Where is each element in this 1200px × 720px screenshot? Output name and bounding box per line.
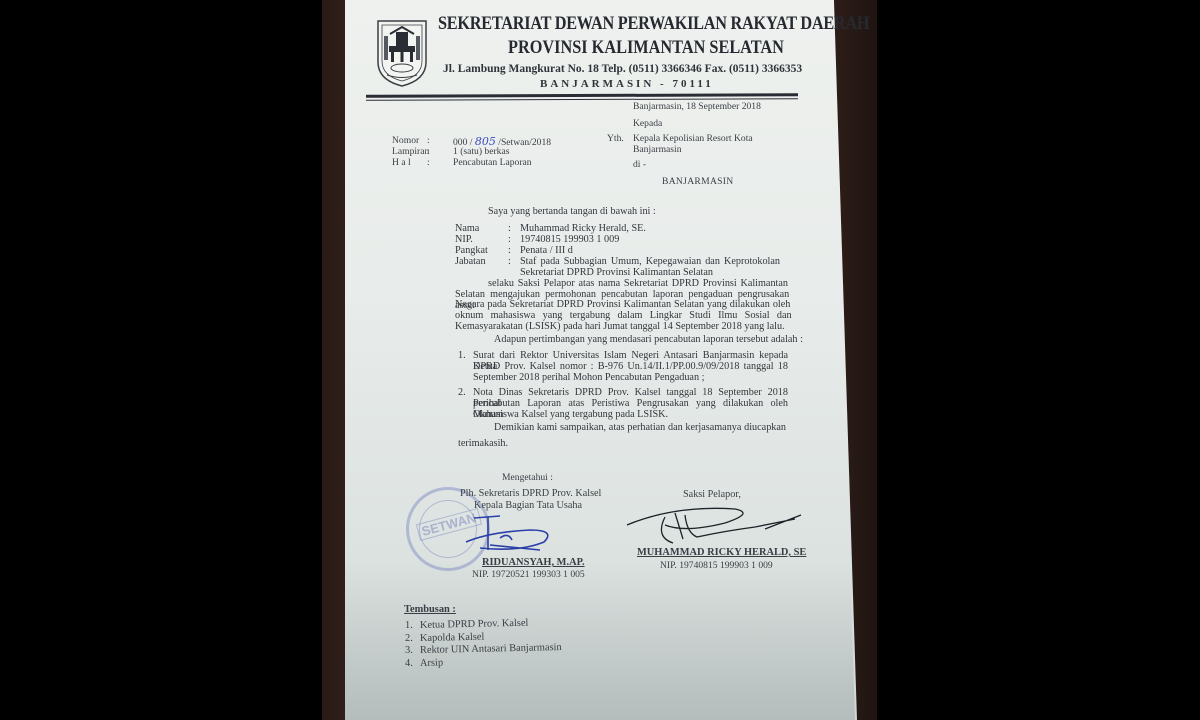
identity-label: Pangkat <box>455 245 488 256</box>
identity-value: Penata / III d <box>520 245 573 256</box>
recipient-yth: Yth. <box>607 133 624 144</box>
lampiran-colon: : <box>427 146 430 157</box>
lampiran-label: Lampiran <box>392 146 429 157</box>
paragraph-line: selaku Saksi Pelapor atas nama Sekretari… <box>488 278 788 289</box>
identity-label: Jabatan <box>455 256 486 267</box>
consideration-number: 2. <box>458 387 466 398</box>
lampiran-value: 1 (satu) berkas <box>453 146 509 157</box>
sig-left-nip: NIP. 19720521 199303 1 005 <box>472 569 585 580</box>
cc-item-number: 3. <box>405 645 413 656</box>
consideration-line: September 2018 perihal Mohon Pencabutan … <box>473 372 704 383</box>
nomor-colon: : <box>427 135 430 146</box>
consideration-number: 1. <box>458 350 466 361</box>
sig-right-name: MUHAMMAD RICKY HERALD, SE <box>637 547 806 558</box>
identity-colon: : <box>508 223 511 234</box>
identity-value: Staf pada Subbagian Umum, Kepegawaian da… <box>520 256 780 267</box>
recipient-line-2: Banjarmasin <box>633 144 682 155</box>
nomor-label: Nomor <box>392 135 419 146</box>
recipient-city: BANJARMASIN <box>662 176 734 187</box>
cc-item: Kapolda Kalsel <box>420 631 485 643</box>
paragraph-line: Kemasyarakatan (LSISK) pada hari Jumat t… <box>455 321 785 332</box>
intro-text: Saya yang bertanda tangan di bawah ini : <box>488 206 656 217</box>
recipient-di: di - <box>633 159 646 170</box>
letterhead-line-2: PROVINSI KALIMANTAN SELATAN <box>508 38 784 59</box>
paragraph-line: oknum mahasiswa yang tergabung dalam Lin… <box>455 310 792 321</box>
identity-label: NIP. <box>455 234 473 245</box>
consideration-line: DPRD Prov. Kalsel nomor : B-976 Un.14/II… <box>473 361 788 372</box>
consideration-line: Mahasiswa Kalsel yang tergabung pada LSI… <box>473 409 668 420</box>
sig-right-heading: Saksi Pelapor, <box>683 489 741 500</box>
letter-date: Banjarmasin, 18 September 2018 <box>633 101 761 112</box>
identity-colon: : <box>508 234 511 245</box>
hal-label: H a l <box>392 157 411 168</box>
closing-line-1: Demikian kami sampaikan, atas perhatian … <box>494 422 786 433</box>
identity-value: Muhammad Ricky Herald, SE. <box>520 223 646 234</box>
letterhead-line-1: SEKRETARIAT DEWAN PERWAKILAN RAKYAT DAER… <box>438 14 869 35</box>
paragraph-line: Negara pada Sekretariat DPRD Provinsi Ka… <box>455 299 790 310</box>
hal-colon: : <box>427 157 430 168</box>
sig-right-nip: NIP. 19740815 199903 1 009 <box>660 560 773 571</box>
identity-value: 19740815 199903 1 009 <box>520 234 619 245</box>
cc-item-number: 2. <box>405 633 413 644</box>
closing-line-2: terimakasih. <box>458 438 508 449</box>
sig-left-heading: Mengetahui : <box>502 472 553 483</box>
letterhead-city: BANJARMASIN - 70111 <box>540 78 714 90</box>
cc-item: Arsip <box>420 657 443 668</box>
cc-heading: Tembusan : <box>404 604 456 615</box>
provincial-crest-icon <box>375 18 429 88</box>
identity-colon: : <box>508 256 511 267</box>
identity-colon: : <box>508 245 511 256</box>
identity-value-continued: Sekretariat DPRD Provinsi Kalimantan Sel… <box>520 267 713 278</box>
paragraph-considerations-intro: Adapun pertimbangan yang mendasari penca… <box>494 334 803 345</box>
cc-item-number: 4. <box>405 658 413 669</box>
cc-item-number: 1. <box>405 620 413 631</box>
recipient-line-1: Kepala Kepolisian Resort Kota <box>633 133 753 144</box>
sig-left-name: RIDUANSYAH, M.AP. <box>482 557 585 568</box>
sig-left-title-2: Kepala Bagian Tata Usaha <box>474 500 582 511</box>
cc-item: Ketua DPRD Prov. Kalsel <box>420 618 529 631</box>
sig-left-title-1: Plh. Sekretaris DPRD Prov. Kalsel <box>460 488 601 499</box>
letterhead-address: Jl. Lambung Mangkurat No. 18 Telp. (0511… <box>443 63 802 75</box>
signature-ricky-herald <box>625 503 805 547</box>
signature-riduansyah <box>460 512 560 557</box>
identity-label: Nama <box>455 223 479 234</box>
hal-value: Pencabutan Laporan <box>453 157 532 168</box>
recipient-kepada: Kepada <box>633 118 662 129</box>
